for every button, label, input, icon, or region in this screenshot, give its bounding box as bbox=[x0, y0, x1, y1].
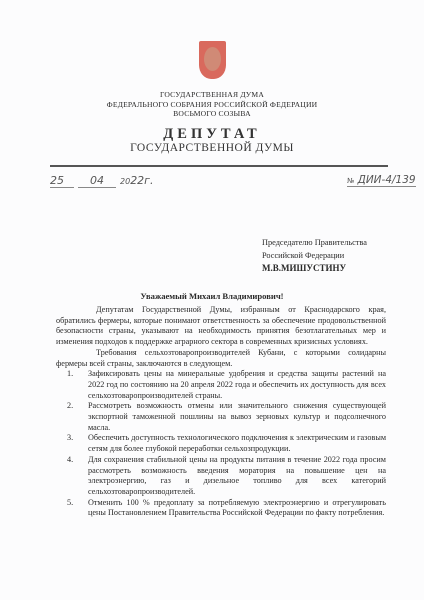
number-value: ДИИ-4/139 bbox=[358, 174, 416, 186]
addressee-block: Председателю Правительства Российской Фе… bbox=[262, 236, 367, 275]
coat-of-arms-icon bbox=[199, 41, 226, 79]
requirements-list: 1.Зафиксировать цены на минеральные удоб… bbox=[56, 369, 386, 519]
org-line-2: ФЕДЕРАЛЬНОГО СОБРАНИЯ РОССИЙСКОЙ ФЕДЕРАЦ… bbox=[0, 100, 424, 110]
document-number: № ДИИ-4/139 bbox=[347, 174, 416, 187]
date-year-prefix: 20 bbox=[120, 177, 130, 186]
date-year-suffix: 22г. bbox=[130, 174, 153, 187]
paragraph-2: Требования сельхозтоваропроизводителей К… bbox=[56, 348, 386, 369]
date-month: 04 bbox=[78, 174, 116, 188]
list-item: 1.Зафиксировать цены на минеральные удоб… bbox=[67, 369, 386, 401]
organization-header: ГОСУДАРСТВЕННАЯ ДУМА ФЕДЕРАЛЬНОГО СОБРАН… bbox=[0, 90, 424, 119]
document-title: ДЕПУТАТ bbox=[0, 126, 424, 143]
paragraph-1: Депутатам Государственной Думы, избранны… bbox=[56, 305, 386, 348]
list-item: 2.Рассмотреть возможность отмены или зна… bbox=[67, 401, 386, 433]
list-item: 3.Обеспечить доступность технологическог… bbox=[67, 433, 386, 454]
double-headed-eagle-icon bbox=[204, 47, 221, 71]
list-item: 4.Для сохранения стабильной цены на прод… bbox=[67, 455, 386, 498]
addressee-line-1: Председателю Правительства bbox=[262, 236, 367, 249]
header-divider bbox=[50, 165, 388, 167]
letter-body: Депутатам Государственной Думы, избранны… bbox=[56, 305, 386, 519]
number-prefix: № bbox=[347, 177, 354, 185]
date-day: 25 bbox=[50, 174, 74, 188]
letter-page: ГОСУДАРСТВЕННАЯ ДУМА ФЕДЕРАЛЬНОГО СОБРАН… bbox=[0, 0, 424, 600]
salutation: Уважаемый Михаил Владимирович! bbox=[0, 291, 424, 301]
document-subtitle: ГОСУДАРСТВЕННОЙ ДУМЫ bbox=[0, 142, 424, 154]
list-item: 5.Отменить 100 % предоплату за потребляе… bbox=[67, 498, 386, 519]
document-date: 25042022г. bbox=[50, 174, 153, 188]
org-line-1: ГОСУДАРСТВЕННАЯ ДУМА bbox=[0, 90, 424, 100]
addressee-name: М.В.МИШУСТИНУ bbox=[262, 262, 367, 275]
addressee-line-2: Российской Федерации bbox=[262, 249, 367, 262]
org-line-3: ВОСЬМОГО СОЗЫВА bbox=[0, 109, 424, 119]
